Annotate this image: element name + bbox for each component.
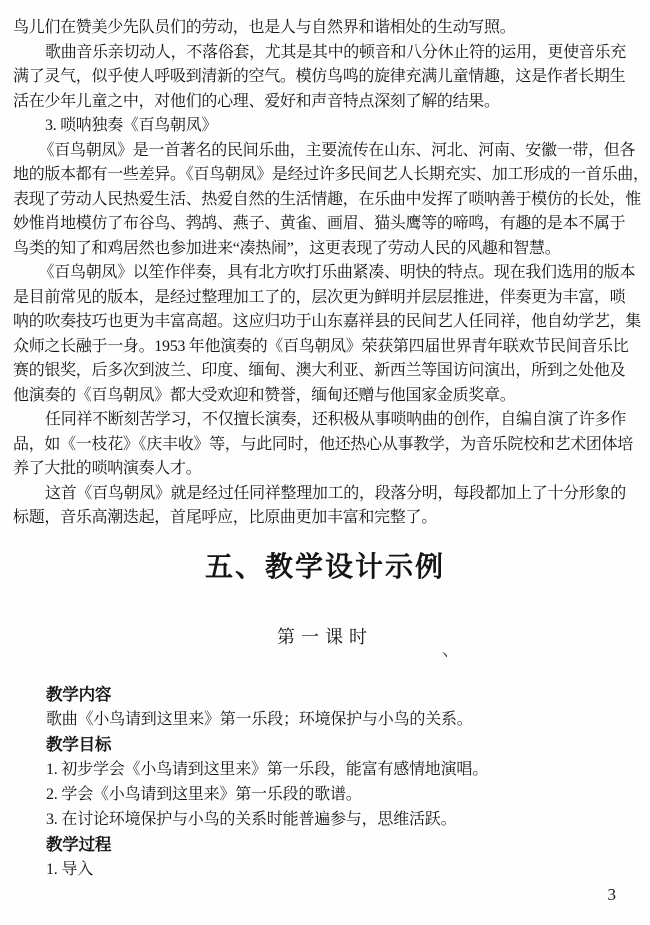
teaching-content-heading: 教学内容 xyxy=(46,682,631,707)
body-line: 品，如《一枝花》《庆丰收》等，与此同时，他还热心从事教学，为音乐院校和艺术团体培 xyxy=(13,433,643,458)
body-line: 这首《百鸟朝凤》就是经过任同祥整理加工的，段落分明，每段都加上了十分形象的 xyxy=(13,482,643,507)
scan-artifact-mark: 丶 xyxy=(438,645,451,664)
body-line: 地的版本都有一些差异。《百鸟朝凤》是经过许多民间艺人长期充实、加工形成的一首乐曲… xyxy=(13,163,643,188)
body-line-list-item: 3. 唢呐独奏《百鸟朝凤》 xyxy=(13,114,643,139)
body-line: 歌曲音乐亲切动人，不落俗套，尤其是其中的顿音和八分休止符的运用，更使音乐充 xyxy=(13,41,643,66)
body-line: 他演奏的《百鸟朝凤》都大受欢迎和赞誉，缅甸还赠与他国家金质奖章。 xyxy=(13,384,643,409)
body-line: 鸟类的知了和鸡居然也参加进来“凑热闹”，这更表现了劳动人民的风趣和智慧。 xyxy=(13,237,643,262)
body-line: 表现了劳动人民热爱生活、热爱自然的生活情趣，在乐曲中发挥了唢呐善于模仿的长处，惟 xyxy=(13,188,643,213)
body-line: 鸟儿们在赞美少先队员们的劳动，也是人与自然界和谐相处的生动写照。 xyxy=(13,16,643,41)
body-line: 是目前常见的版本，是经过整理加工了的，层次更为鲜明并层层推进，伴奏更为丰富，唢 xyxy=(13,286,643,311)
article-body: 鸟儿们在赞美少先队员们的劳动，也是人与自然界和谐相处的生动写照。 歌曲音乐亲切动… xyxy=(13,16,643,531)
body-line: 赛的银奖，后多次到波兰、印度、缅甸、澳大利亚、新西兰等国访问演出，所到之处他及 xyxy=(13,359,643,384)
body-line: 《百鸟朝凤》以笙作伴奏，具有北方吹打乐曲紧凑、明快的特点。现在我们选用的版本 xyxy=(13,261,643,286)
teaching-process-heading: 教学过程 xyxy=(46,832,631,857)
body-line: 活在少年儿童之中，对他们的心理、爱好和声音特点深刻了解的结果。 xyxy=(13,90,643,115)
page-number: 3 xyxy=(608,885,617,905)
body-line: 标题，音乐高潮迭起，首尾呼应，比原曲更加丰富和完整了。 xyxy=(13,506,643,531)
objective-item: 2. 学会《小鸟请到这里来》第一乐段的歌谱。 xyxy=(46,782,631,807)
section-heading: 五、教学设计示例 xyxy=(0,545,650,585)
body-line: 呐的吹奏技巧也更为丰富高超。这应归功于山东嘉祥县的民间艺人任同祥，他自幼学艺，集 xyxy=(13,310,643,335)
scanned-document-page: 鸟儿们在赞美少先队员们的劳动，也是人与自然界和谐相处的生动写照。 歌曲音乐亲切动… xyxy=(0,0,650,925)
objective-item: 3. 在讨论环境保护与小鸟的关系时能普遍参与，思维活跃。 xyxy=(46,807,631,832)
body-line: 妙惟肖地模仿了布谷鸟、鹁鸪、燕子、黄雀、画眉、猫头鹰等的啼鸣，有趣的是本不属于 xyxy=(13,212,643,237)
teaching-content-text: 歌曲《小鸟请到这里来》第一乐段；环境保护与小鸟的关系。 xyxy=(46,707,631,732)
body-line: 《百鸟朝凤》是一首著名的民间乐曲，主要流传在山东、河北、河南、安徽一带，但各 xyxy=(13,139,643,164)
lesson-plan-block: 教学内容 歌曲《小鸟请到这里来》第一乐段；环境保护与小鸟的关系。 教学目标 1.… xyxy=(46,682,631,882)
process-item: 1. 导入 xyxy=(46,857,631,882)
objective-item: 1. 初步学会《小鸟请到这里来》第一乐段，能富有感情地演唱。 xyxy=(46,757,631,782)
body-line: 任同祥不断刻苦学习，不仅擅长演奏，还积极从事唢呐曲的创作，自编自演了许多作 xyxy=(13,408,643,433)
lesson-period-heading: 第一课时 xyxy=(0,623,650,649)
body-line: 养了大批的唢呐演奏人才。 xyxy=(13,457,643,482)
teaching-objectives-heading: 教学目标 xyxy=(46,732,631,757)
body-line: 满了灵气，似乎使人呼吸到清新的空气。模仿鸟鸣的旋律充满儿童情趣，这是作者长期生 xyxy=(13,65,643,90)
body-line: 众师之长融于一身。1953 年他演奏的《百鸟朝凤》荣获第四届世界青年联欢节民间音… xyxy=(13,335,643,360)
